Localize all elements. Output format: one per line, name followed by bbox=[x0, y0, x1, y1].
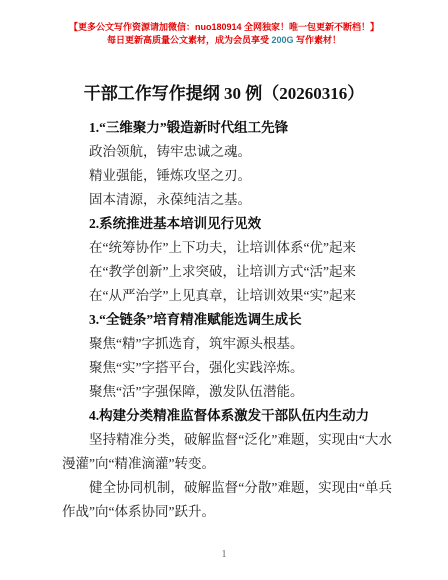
section-1-heading: 1.“三维聚力”锻造新时代组工先锋 bbox=[62, 116, 392, 140]
section-2-heading: 2.系统推进基本培训见行见效 bbox=[62, 212, 392, 236]
section-3-line: 聚焦“活”字强保障，激发队伍潜能。 bbox=[62, 380, 392, 404]
section-3-line: 聚焦“实”字搭平台，强化实践淬炼。 bbox=[62, 356, 392, 380]
ad-line-2-highlight: 200G bbox=[271, 35, 293, 45]
section-3-line: 聚焦“精”字抓选育，筑牢源头根基。 bbox=[62, 332, 392, 356]
ad-header: 【更多公文写作资源请加微信：nuo180914 全网独家！唯一包更新不断档！】 … bbox=[0, 21, 448, 47]
document-body: 1.“三维聚力”锻造新时代组工先锋 政治领航，铸牢忠诚之魂。 精业强能，锤炼攻坚… bbox=[0, 116, 448, 524]
section-4-heading: 4.构建分类精准监督体系激发干部队伍内生动力 bbox=[62, 404, 392, 428]
section-2-line: 在“教学创新”上求突破，让培训方式“活”起来 bbox=[62, 260, 392, 284]
section-2-line: 在“从严治学”上见真章，让培训效果“实”起来 bbox=[62, 284, 392, 308]
section-1-line: 精业强能，锤炼攻坚之刃。 bbox=[62, 164, 392, 188]
section-2-line: 在“统筹协作”上下功夫，让培训体系“优”起来 bbox=[62, 236, 392, 260]
section-1-line: 固本清源，永葆纯洁之基。 bbox=[62, 188, 392, 212]
ad-line-1: 【更多公文写作资源请加微信：nuo180914 全网独家！唯一包更新不断档！】 bbox=[0, 21, 448, 34]
ad-line-2: 每日更新高质量公文素材，成为会员享受 200G 写作素材！ bbox=[0, 34, 448, 47]
ad-line-2-prefix: 每日更新高质量公文素材，成为会员享受 bbox=[107, 35, 272, 45]
section-4-line: 坚持精准分类，破解监督“泛化”难题，实现由“大水漫灌”向“精准滴灌”转变。 bbox=[62, 428, 392, 476]
ad-line-2-suffix: 写作素材！ bbox=[294, 35, 342, 45]
document-page: 【更多公文写作资源请加微信：nuo180914 全网独家！唯一包更新不断档！】 … bbox=[0, 0, 448, 580]
page-title: 干部工作写作提纲 30 例（20260316） bbox=[0, 82, 448, 106]
section-1-line: 政治领航，铸牢忠诚之魂。 bbox=[62, 140, 392, 164]
page-number: 1 bbox=[0, 549, 448, 560]
section-3-heading: 3.“全链条”培育精准赋能选调生成长 bbox=[62, 308, 392, 332]
section-4-line: 健全协同机制，破解监督“分散”难题，实现由“单兵作战”向“体系协同”跃升。 bbox=[62, 476, 392, 524]
